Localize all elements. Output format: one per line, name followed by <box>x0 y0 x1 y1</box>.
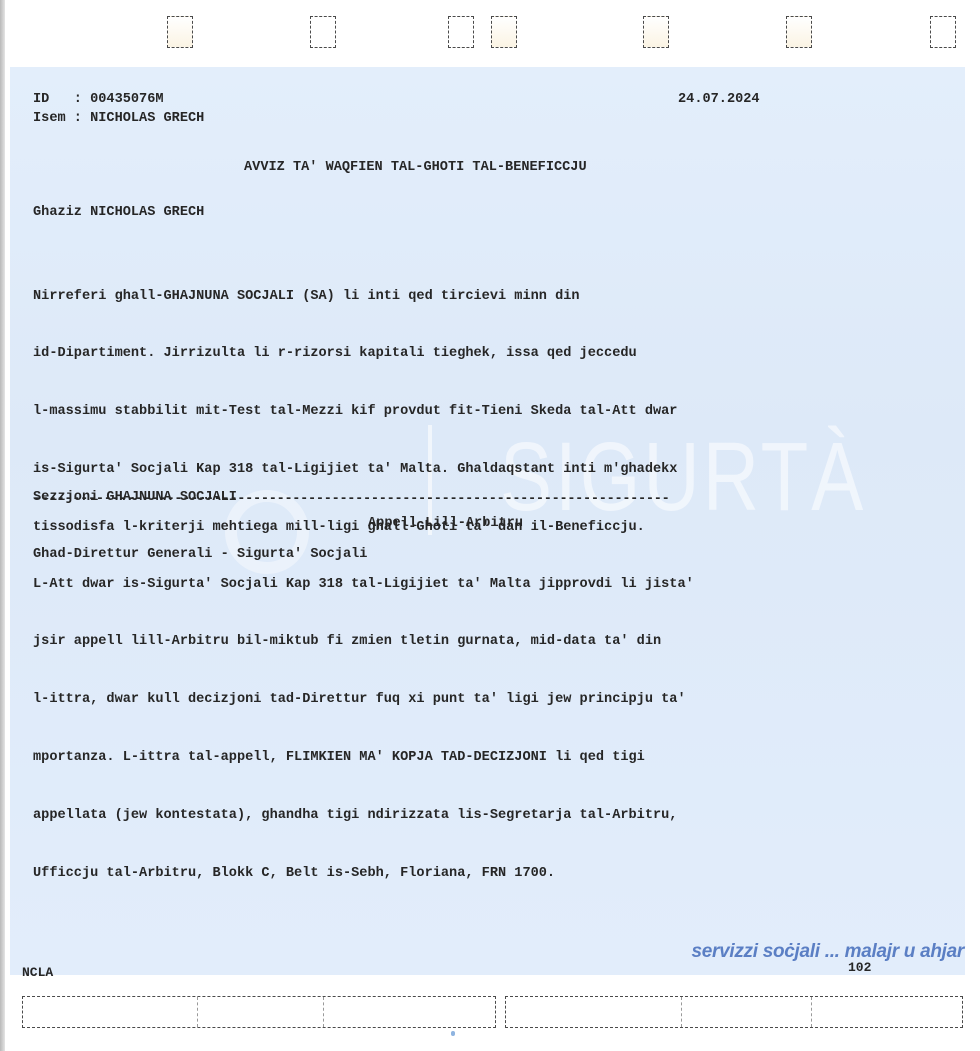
perforation-tab <box>491 16 517 48</box>
scan-left-edge <box>0 0 5 1051</box>
appeal-line: appellata (jew kontestata), ghandha tigi… <box>33 806 694 825</box>
page-number: 102 <box>848 958 871 977</box>
perforation-tab <box>167 16 193 48</box>
perforation-segment <box>323 997 324 1027</box>
bottom-perforation-left <box>22 996 496 1028</box>
name-field: Isem : NICHOLAS GRECH <box>33 109 204 128</box>
appeal-line: jsir appell lill-Arbitru bil-miktub fi z… <box>33 632 694 651</box>
appeal-line: L-Att dwar is-Sigurta' Socjali Kap 318 t… <box>33 575 694 594</box>
recipient-meta: ID : 00435076MIsem : NICHOLAS GRECH <box>33 90 204 129</box>
perforation-tab <box>643 16 669 48</box>
body-line: l-massimu stabbilit mit-Test tal-Mezzi k… <box>33 402 677 421</box>
appeal-heading: Appell Lill-Arbitru <box>368 514 523 533</box>
perforation-tab <box>930 16 956 48</box>
appeal-paragraph: L-Att dwar is-Sigurta' Socjali Kap 318 t… <box>33 536 694 903</box>
dashed-divider: ----------------------------------------… <box>33 490 669 509</box>
salutation: Ghaziz NICHOLAS GRECH <box>33 203 204 222</box>
perforation-segment <box>681 997 682 1027</box>
perforation-segment <box>197 997 198 1027</box>
scan-mark <box>451 1031 455 1036</box>
appeal-line: Ufficcju tal-Arbitru, Blokk C, Belt is-S… <box>33 864 694 883</box>
footer-code: NCLA <box>22 963 53 982</box>
body-line: Nirreferi ghall-GHAJNUNA SOCJALI (SA) li… <box>33 287 677 306</box>
footer-slogan: servizzi soċjali ... malajr u ahjar <box>691 941 964 963</box>
perforation-tab <box>310 16 336 48</box>
perforation-tab <box>786 16 812 48</box>
id-field: ID : 00435076M <box>33 90 204 109</box>
perforation-tab <box>448 16 474 48</box>
top-perforation-strip <box>0 16 980 52</box>
appeal-line: mportanza. L-ittra tal-appell, FLIMKIEN … <box>33 748 694 767</box>
bottom-perforation-right <box>505 996 963 1028</box>
document-title: AVVIZ TA' WAQFIEN TAL-GHOTI TAL-BENEFICC… <box>244 158 587 177</box>
appeal-line: l-ittra, dwar kull decizjoni tad-Direttu… <box>33 690 694 709</box>
body-line: id-Dipartiment. Jirrizulta li r-rizorsi … <box>33 344 677 363</box>
perforation-segment <box>811 997 812 1027</box>
letter-date: 24.07.2024 <box>678 90 760 109</box>
